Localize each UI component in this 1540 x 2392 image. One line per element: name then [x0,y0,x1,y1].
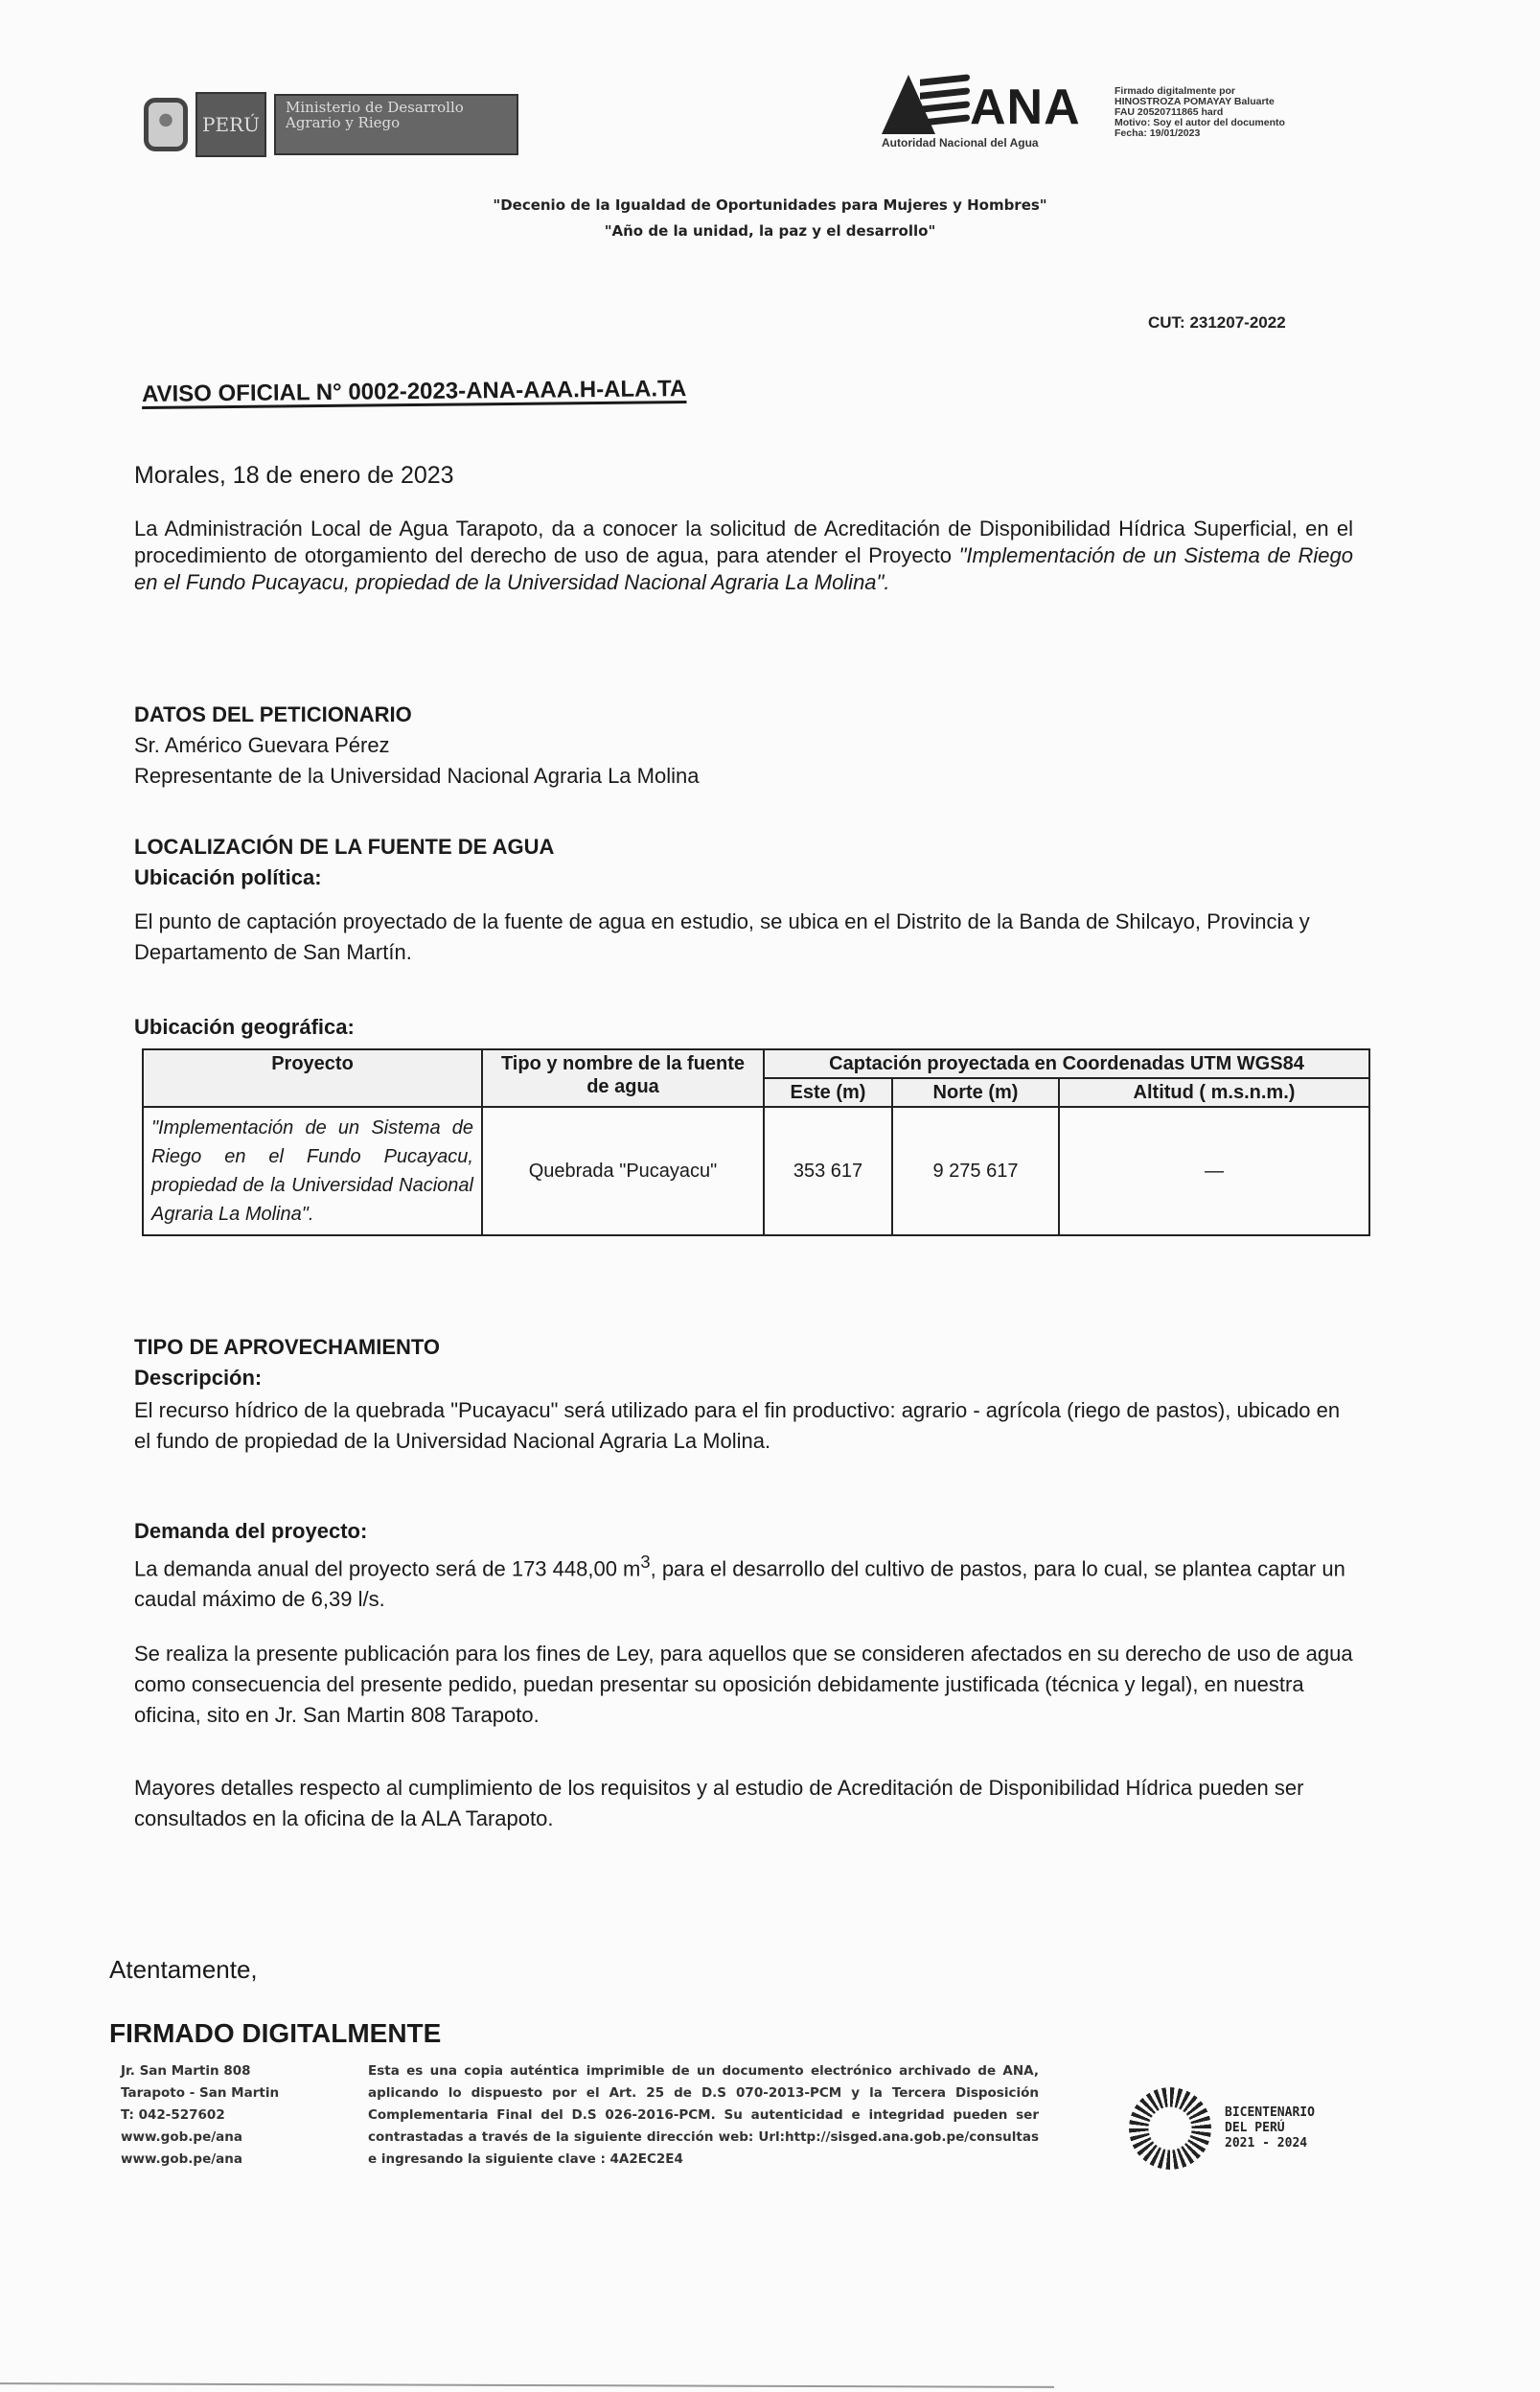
digital-signature-stamp: Firmado digitalmente por HINOSTROZA POMA… [1115,86,1364,139]
footer-legal-notice: Esta es una copia auténtica imprimible d… [368,2060,1039,2171]
col-project: Proyecto [143,1049,482,1107]
year-motto: "Año de la unidad, la paz y el desarroll… [0,222,1540,240]
peru-label: PERÚ [195,92,266,157]
demand-heading: Demanda del proyecto: [134,1518,1353,1545]
document-page: PERÚ Ministerio de Desarrollo Agrario y … [0,0,1540,2392]
signed-digitally-label: FIRMADO DIGITALMENTE [109,2018,441,2049]
website-link[interactable]: www.gob.pe/ana [121,2127,279,2149]
ministry-logo: PERÚ Ministerio de Desarrollo Agrario y … [144,92,518,157]
demand-text: La demanda anual del proyecto será de 17… [134,1547,1353,1615]
address-line: Jr. San Martin 808 [121,2060,279,2082]
cut-number: CUT: 231207-2022 [1148,313,1286,333]
bicentenario-line: 2021 - 2024 [1225,2136,1315,2151]
bicentenario-line: DEL PERÚ [1225,2121,1315,2136]
description-heading: Descripción: [134,1365,1353,1391]
political-location-heading: Ubicación política: [134,864,1353,891]
cell-altitude: — [1059,1107,1369,1235]
website-link[interactable]: www.gob.pe/ana [121,2149,279,2171]
details-paragraph: Mayores detalles respecto al cumplimient… [134,1773,1353,1834]
decenio-motto: "Decenio de la Igualdad de Oportunidades… [0,196,1540,214]
petitioner-role: Representante de la Universidad Nacional… [134,763,1353,790]
cell-north: 9 275 617 [892,1107,1059,1235]
intro-paragraph: La Administración Local de Agua Tarapoto… [134,516,1353,596]
ana-logo: ANA Autoridad Nacional del Agua [882,75,1112,149]
publication-paragraph: Se realiza la presente publicación para … [134,1639,1353,1731]
page-edge-line [0,2382,1054,2388]
cell-source: Quebrada "Pucayacu" [482,1107,764,1235]
signature-line: Fecha: 19/01/2023 [1115,128,1364,139]
political-location-text: El punto de captación proyectado de la f… [134,907,1353,968]
ana-subtitle: Autoridad Nacional del Agua [882,136,1112,149]
location-heading: LOCALIZACIÓN DE LA FUENTE DE AGUA [134,834,1353,861]
closing-salutation: Atentamente, [109,1955,258,1985]
col-source: Tipo y nombre de la fuente de agua [482,1049,764,1107]
usage-heading: TIPO DE APROVECHAMIENTO [134,1334,1353,1361]
address-line: Tarapoto - San Martin [121,2082,279,2104]
description-text: El recurso hídrico de la quebrada "Pucay… [134,1395,1353,1457]
ana-triangle-icon [882,75,935,134]
col-coordinates-group: Captación proyectada en Coordenadas UTM … [764,1049,1369,1078]
bicentenario-line: BICENTENARIO [1225,2105,1315,2121]
petitioner-heading: DATOS DEL PETICIONARIO [134,701,1353,728]
col-altitude: Altitud ( m.s.n.m.) [1059,1078,1369,1107]
geographic-location-heading: Ubicación geográfica: [134,1014,1353,1041]
ana-acronym: ANA [970,80,1081,134]
coordinates-table: Proyecto Tipo y nombre de la fuente de a… [142,1048,1370,1236]
cell-project: "Implementación de un Sistema de Riego e… [143,1107,482,1235]
footer-address: Jr. San Martin 808 Tarapoto - San Martin… [121,2060,279,2171]
sun-rays-icon [1129,2087,1211,2170]
ministry-name: Ministerio de Desarrollo Agrario y Riego [274,94,518,155]
col-east: Este (m) [764,1078,892,1107]
cell-east: 353 617 [764,1107,892,1235]
peru-coat-of-arms-icon [144,98,188,151]
col-north: Norte (m) [892,1078,1059,1107]
bicentenario-logo: BICENTENARIO DEL PERÚ 2021 - 2024 [1129,2087,1315,2170]
demand-text-pre: La demanda anual del proyecto será de 17… [134,1556,640,1580]
phone-line: T: 042-527602 [121,2104,279,2127]
document-title: AVISO OFICIAL N° 0002-2023-ANA-AAA.H-ALA… [142,376,687,408]
table-row: "Implementación de un Sistema de Riego e… [143,1107,1369,1235]
petitioner-name: Sr. Américo Guevara Pérez [134,732,1353,759]
demand-superscript: 3 [640,1552,650,1572]
date-line: Morales, 18 de enero de 2023 [134,462,1353,489]
